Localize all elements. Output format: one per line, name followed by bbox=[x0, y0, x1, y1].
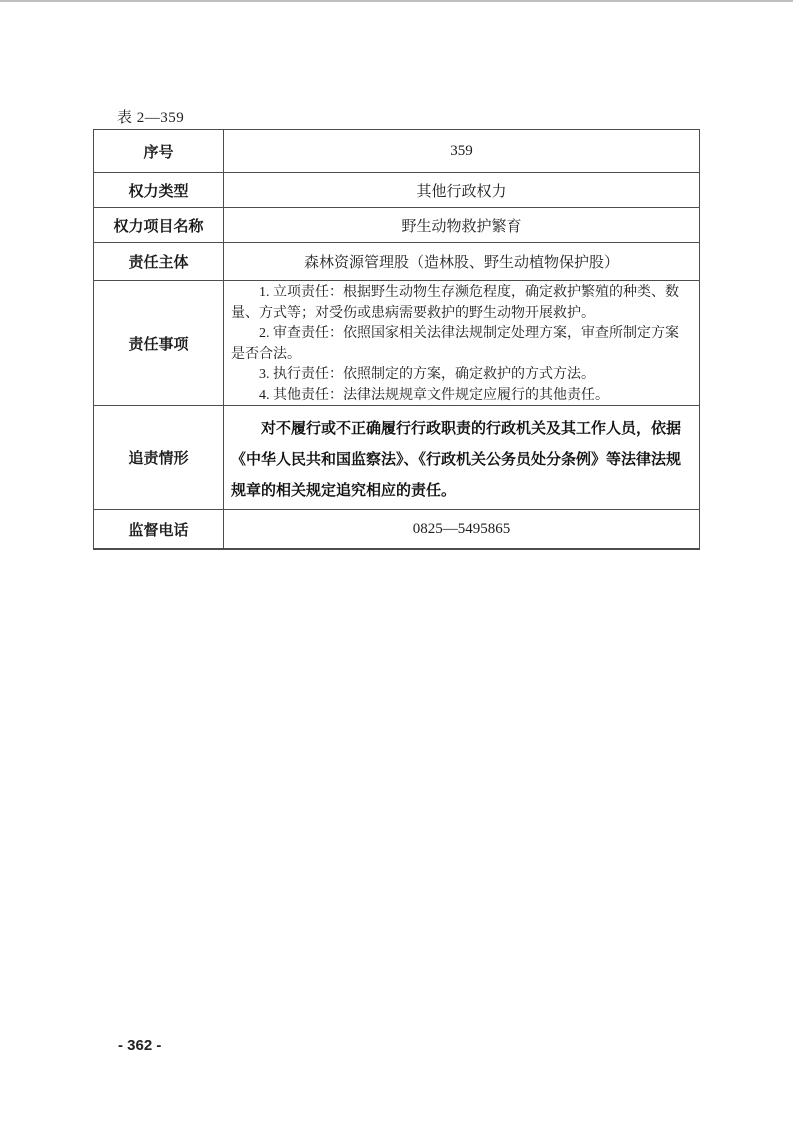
table-row-responsible-entity: 责任主体 森林资源管理股（造林股、野生动植物保护股） bbox=[94, 242, 699, 280]
table-row-power-type: 权力类型 其他行政权力 bbox=[94, 172, 699, 207]
responsibility-table: 序号 359 权力类型 其他行政权力 权力项目名称 野生动物救护繁育 责任主体 … bbox=[93, 129, 700, 550]
row-label-power-type: 权力类型 bbox=[94, 173, 224, 207]
row-value-power-type: 其他行政权力 bbox=[224, 173, 699, 207]
table-row-responsibility-items: 责任事项 1. 立项责任：根据野生动物生存濒危程度，确定救护繁殖的种类、数量、方… bbox=[94, 280, 699, 405]
responsibility-item-2: 2. 审查责任：依照国家相关法律法规制定处理方案，审查所制定方案是否合法。 bbox=[231, 324, 691, 365]
document-page: 表 2—359 序号 359 权力类型 其他行政权力 权力项目名称 野生动物救护… bbox=[0, 0, 793, 1122]
responsibility-item-1: 1. 立项责任：根据野生动物生存濒危程度，确定救护繁殖的种类、数量、方式等；对受… bbox=[231, 283, 691, 324]
page-number: - 362 - bbox=[118, 1037, 161, 1054]
table-row-serial-number: 序号 359 bbox=[94, 130, 699, 172]
row-value-responsible-entity: 森林资源管理股（造林股、野生动植物保护股） bbox=[224, 243, 699, 280]
page-top-edge-line bbox=[0, 0, 793, 2]
accountability-text: 对不履行或不正确履行行政职责的行政机关及其工作人员，依据《中华人民共和国监察法》… bbox=[231, 408, 691, 506]
table-row-power-item-name: 权力项目名称 野生动物救护繁育 bbox=[94, 207, 699, 242]
row-label-responsibility-items: 责任事项 bbox=[94, 281, 224, 405]
row-label-serial-number: 序号 bbox=[94, 130, 224, 172]
responsibility-item-3: 3. 执行责任：依照制定的方案，确定救护的方式方法。 bbox=[231, 365, 691, 386]
table-row-supervision-phone: 监督电话 0825—5495865 bbox=[94, 509, 699, 548]
row-label-supervision-phone: 监督电话 bbox=[94, 510, 224, 548]
responsibility-item-4: 4. 其他责任：法律法规规章文件规定应履行的其他责任。 bbox=[231, 386, 691, 407]
row-value-power-item-name: 野生动物救护繁育 bbox=[224, 208, 699, 242]
row-value-responsibility-items: 1. 立项责任：根据野生动物生存濒危程度，确定救护繁殖的种类、数量、方式等；对受… bbox=[224, 281, 699, 405]
row-label-responsible-entity: 责任主体 bbox=[94, 243, 224, 280]
table-caption: 表 2—359 bbox=[117, 106, 184, 127]
row-value-supervision-phone: 0825—5495865 bbox=[224, 510, 699, 548]
row-label-power-item-name: 权力项目名称 bbox=[94, 208, 224, 242]
row-value-serial-number: 359 bbox=[224, 130, 699, 172]
row-label-accountability: 追责情形 bbox=[94, 406, 224, 509]
row-value-accountability: 对不履行或不正确履行行政职责的行政机关及其工作人员，依据《中华人民共和国监察法》… bbox=[224, 406, 699, 509]
table-row-accountability: 追责情形 对不履行或不正确履行行政职责的行政机关及其工作人员，依据《中华人民共和… bbox=[94, 405, 699, 509]
